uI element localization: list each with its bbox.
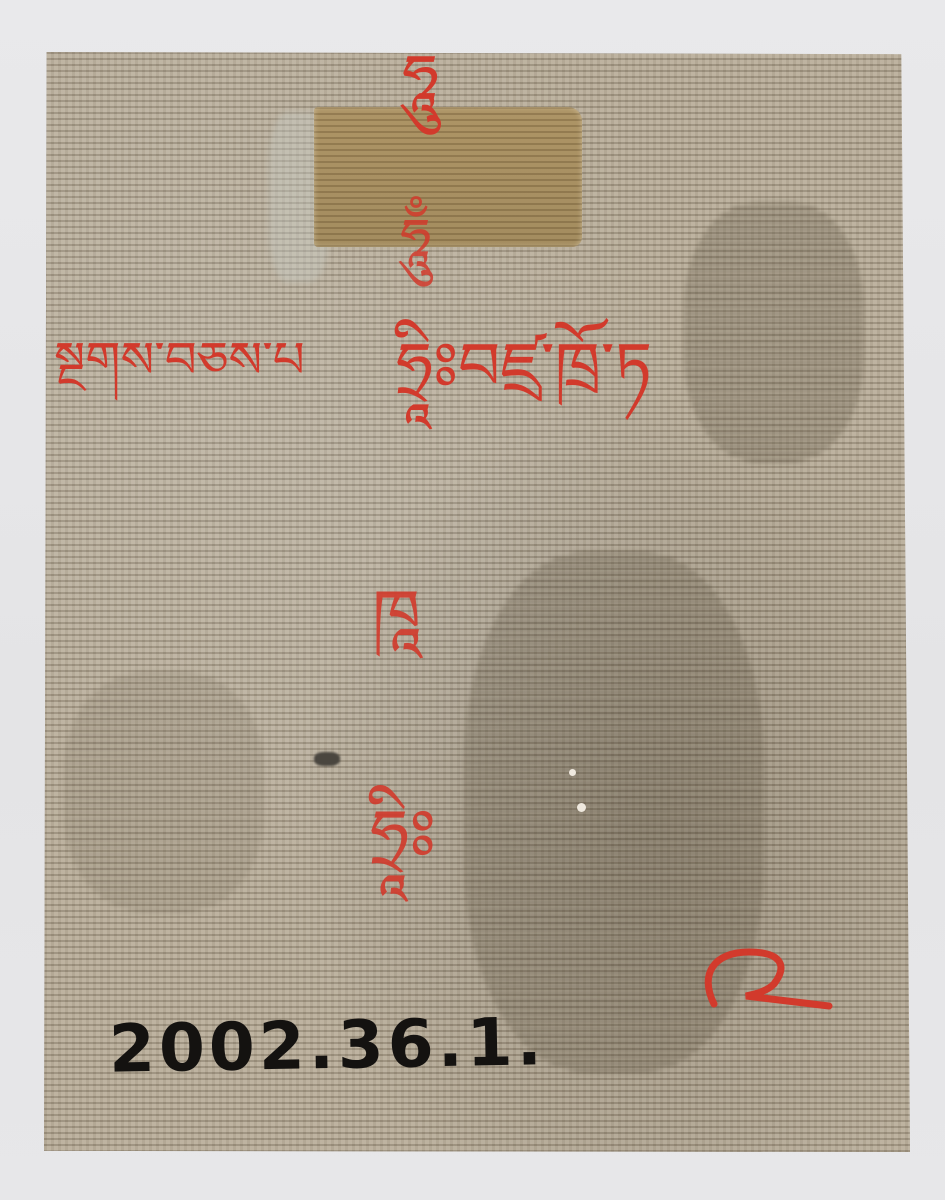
adhesive-tape bbox=[314, 107, 582, 247]
dark-smudge bbox=[314, 752, 340, 766]
top-syllable: ཧཱུྃ bbox=[402, 52, 439, 112]
below-tape-syllable: ཧཱུྃ bbox=[400, 212, 431, 268]
white-dot bbox=[577, 803, 586, 812]
card: ཧཱུྃ ཧཱུྃ ཧྲཱིཿབཛྲ་ཁྲོ་ཏ སྔགས་བཅས་པ ཁཱ ཧ… bbox=[44, 52, 910, 1152]
stain-patch bbox=[64, 672, 264, 912]
lower-syllable-2: ཧྲཱིཿ bbox=[370, 800, 436, 870]
lower-syllable-1: ཁཱ bbox=[372, 580, 421, 650]
center-inscription: ཧྲཱིཿབཛྲ་ཁྲོ་ཏ bbox=[396, 334, 652, 400]
corner-mark-glyph bbox=[694, 934, 834, 1014]
accession-number: 2002.36.1. bbox=[108, 1003, 546, 1088]
left-inscription: སྔགས་བཅས་པ bbox=[54, 335, 305, 385]
stain-patch bbox=[684, 202, 864, 462]
white-dot bbox=[569, 769, 576, 776]
